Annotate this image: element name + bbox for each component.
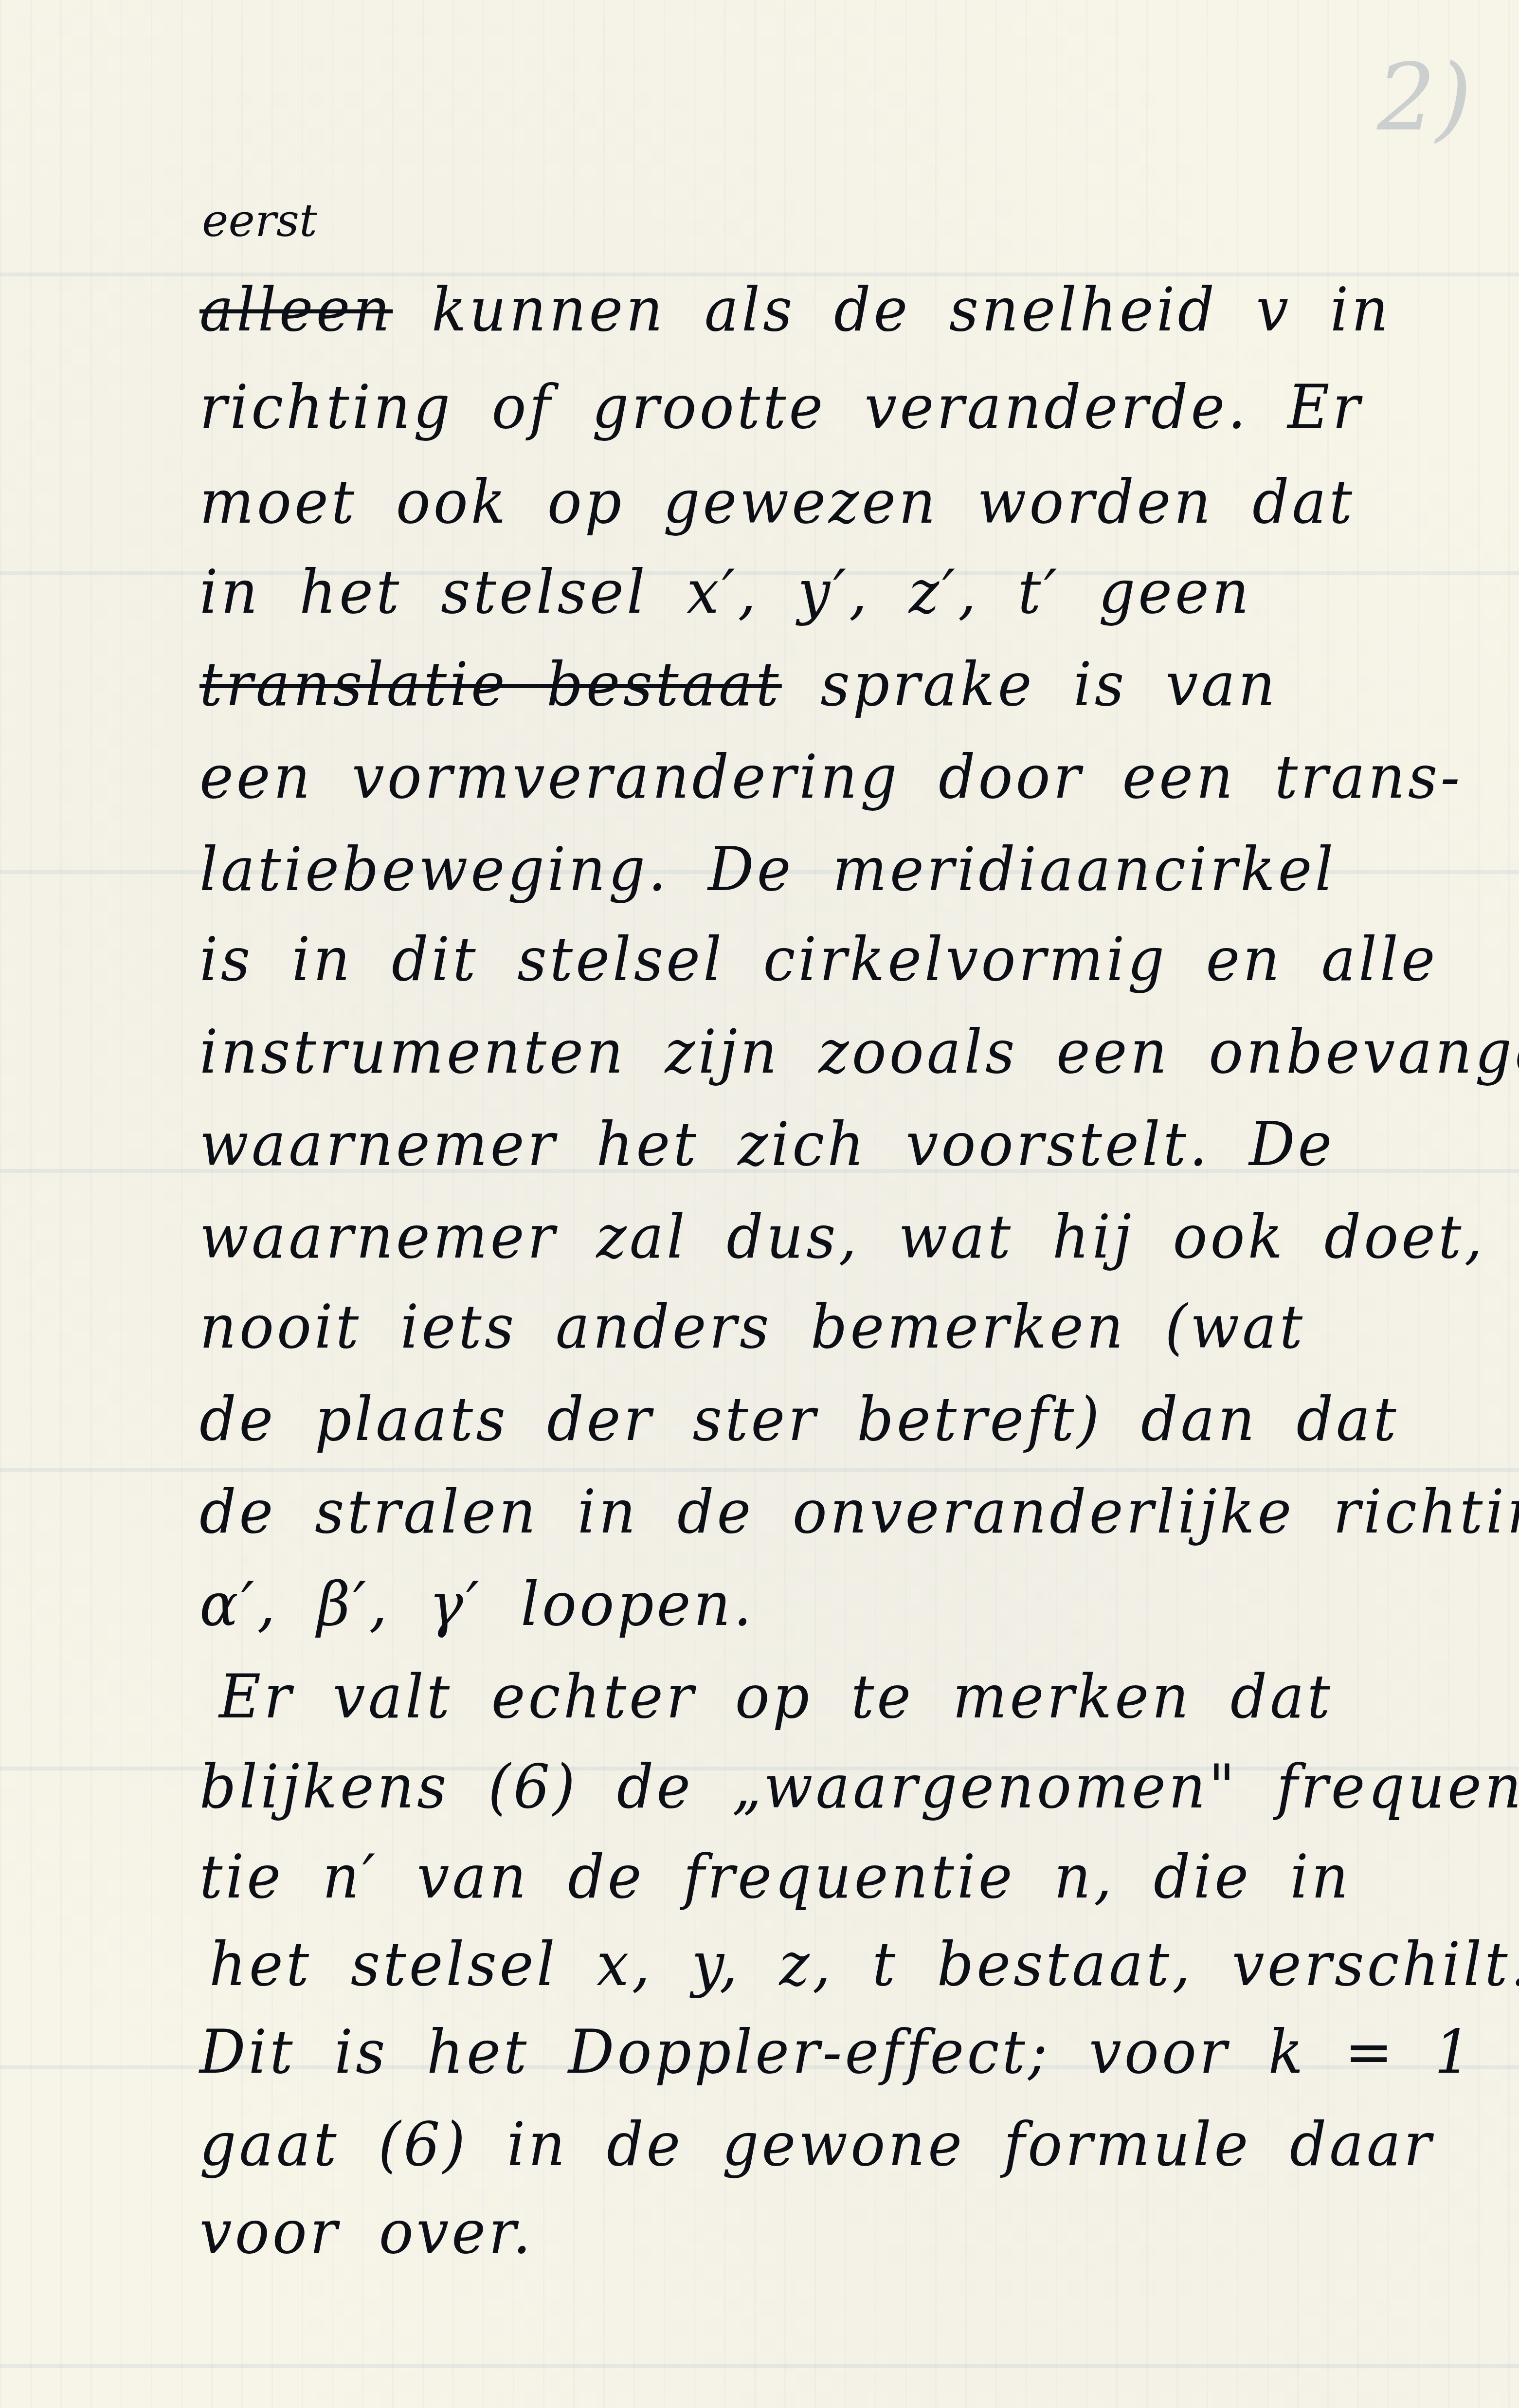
line-text: Er valt echter op te merken dat [219, 1661, 1333, 1732]
manuscript-line: latiebeweging. De meridiaancirkel [199, 834, 1336, 904]
line-text: voor over. [199, 2196, 534, 2267]
line-text: richting of grootte veranderde. Er [199, 371, 1363, 442]
line-text: de stralen in de onveranderlijke richtin… [199, 1476, 1519, 1547]
manuscript-line: translatie bestaat sprake is van [199, 649, 1278, 719]
manuscript-line: alleen kunnen als de snelheid v in [199, 274, 1392, 345]
line-text: waarnemer het zich voorstelt. De [199, 1109, 1335, 1179]
manuscript-line: de stralen in de onveranderlijke richtin… [199, 1476, 1519, 1547]
inserted-word: eerst [202, 195, 317, 247]
manuscript-line: is in dit stelsel cirkelvormig en alle [199, 924, 1438, 994]
struck-text: alleen [199, 274, 393, 345]
page-number: 2) [1377, 44, 1472, 151]
line-text: waarnemer zal dus, wat hij ook doet, [199, 1201, 1485, 1272]
manuscript-line: instrumenten zijn zooals een onbevangen [199, 1016, 1519, 1087]
line-text: instrumenten zijn zooals een onbevangen [199, 1016, 1519, 1087]
manuscript-line: gaat (6) in de gewone formule daar [199, 2109, 1434, 2179]
manuscript-line: blijkens (6) de „waargenomen" frequen- [199, 1751, 1519, 1822]
manuscript-line: waarnemer het zich voorstelt. De [199, 1109, 1335, 1179]
line-text: is in dit stelsel cirkelvormig en alle [199, 924, 1438, 994]
line-text: kunnen als de snelheid v in [393, 274, 1392, 345]
manuscript-line: Dit is het Doppler-effect; voor k = 1 [199, 2016, 1474, 2087]
line-text: sprake is van [782, 649, 1278, 719]
manuscript-line: moet ook op gewezen worden dat [199, 466, 1355, 537]
line-text: Dit is het Doppler-effect; voor k = 1 [199, 2016, 1474, 2087]
line-text: latiebeweging. De meridiaancirkel [199, 834, 1336, 904]
manuscript-line: in het stelsel x′, y′, z′, t′ geen [199, 556, 1252, 627]
manuscript-line: richting of grootte veranderde. Er [199, 371, 1363, 442]
line-text: een vormverandering door een trans- [199, 741, 1463, 812]
struck-text: translatie bestaat [199, 649, 782, 719]
line-text: het stelsel x, y, z, t bestaat, verschil… [209, 1929, 1519, 1999]
manuscript-line: voor over. [199, 2196, 534, 2267]
manuscript-line: het stelsel x, y, z, t bestaat, verschil… [209, 1929, 1519, 1999]
line-text: in het stelsel x′, y′, z′, t′ geen [199, 556, 1252, 627]
manuscript-line: een vormverandering door een trans- [199, 741, 1463, 812]
line-text: blijkens (6) de „waargenomen" frequen- [199, 1751, 1519, 1822]
manuscript-line: nooit iets anders bemerken (wat [199, 1291, 1305, 1362]
line-text: moet ook op gewezen worden dat [199, 466, 1355, 537]
line-text: tie n′ van de frequentie n, die in [199, 1841, 1351, 1912]
manuscript-line: Er valt echter op te merken dat [219, 1661, 1333, 1732]
line-text: de plaats der ster betreft) dan dat [199, 1384, 1399, 1454]
line-text: α′, β′, γ′ loopen. [199, 1569, 755, 1639]
manuscript-line: waarnemer zal dus, wat hij ook doet, [199, 1201, 1485, 1272]
manuscript-line: de plaats der ster betreft) dan dat [199, 1384, 1399, 1454]
manuscript-line: α′, β′, γ′ loopen. [199, 1569, 755, 1639]
line-text: nooit iets anders bemerken (wat [199, 1291, 1305, 1362]
manuscript-line: tie n′ van de frequentie n, die in [199, 1841, 1351, 1912]
line-text: gaat (6) in de gewone formule daar [199, 2109, 1434, 2179]
